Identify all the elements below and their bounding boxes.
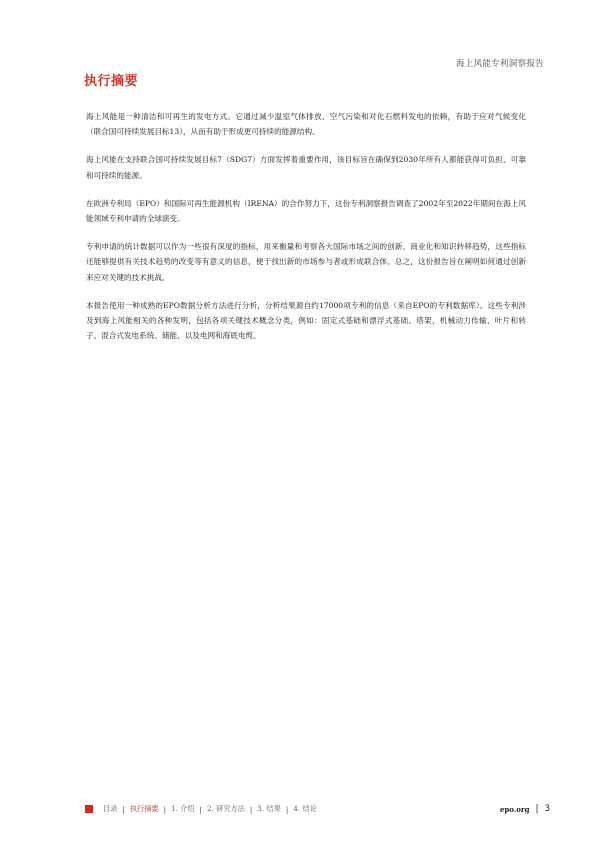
nav-separator: | [122,805,124,814]
paragraph-1: 海上风能是一种清洁和可再生的发电方式。它通过减少温室气体排放、空气污染和对化石燃… [86,109,526,139]
page-separator: | [536,804,539,814]
nav-separator: | [200,805,202,814]
nav-separator: | [250,805,252,814]
paragraph-3: 在欧洲专利局（EPO）和国际可再生能源机构（IRENA）的合作努力下，这份专利洞… [86,196,526,226]
nav-link-methodology[interactable]: 2. 研究方法 [207,804,245,814]
paragraph-5: 本报告使用一种成熟的EPO数据分析方法进行分析，分析结果源自约17000项专利的… [86,298,526,344]
nav-link-results[interactable]: 3. 结果 [257,804,281,814]
nav-link-executive-summary[interactable]: 执行摘要 [130,804,159,814]
paragraph-2: 海上风能在支持联合国可持续发展目标7（SDG7）方面发挥着重要作用，该目标旨在确… [86,152,526,182]
section-title: 执行摘要 [84,70,138,89]
page-number: 3 [545,804,550,814]
nav-separator: | [164,805,166,814]
footer-page-info: epo.org | 3 [500,804,550,814]
footer-navigation: 目录 | 执行摘要 | 1. 介绍 | 2. 研究方法 | 3. 结果 | 4.… [103,804,317,814]
nav-separator: | [286,805,288,814]
nav-link-contents[interactable]: 目录 [103,804,117,814]
nav-link-introduction[interactable]: 1. 介绍 [171,804,195,814]
footer: 目录 | 执行摘要 | 1. 介绍 | 2. 研究方法 | 3. 结果 | 4.… [85,803,550,815]
red-square-icon [85,805,93,813]
site-link[interactable]: epo.org [500,805,530,814]
paragraph-4: 专利申请的统计数据可以作为一些很有深度的指标，用来衡量和考察各大国际市场之间的创… [86,239,526,285]
body-text: 海上风能是一种清洁和可再生的发电方式。它通过减少温室气体排放、空气污染和对化石燃… [86,109,526,356]
running-header-title: 海上风能专利洞察报告 [456,57,544,69]
nav-link-conclusion[interactable]: 4. 结论 [293,804,317,814]
